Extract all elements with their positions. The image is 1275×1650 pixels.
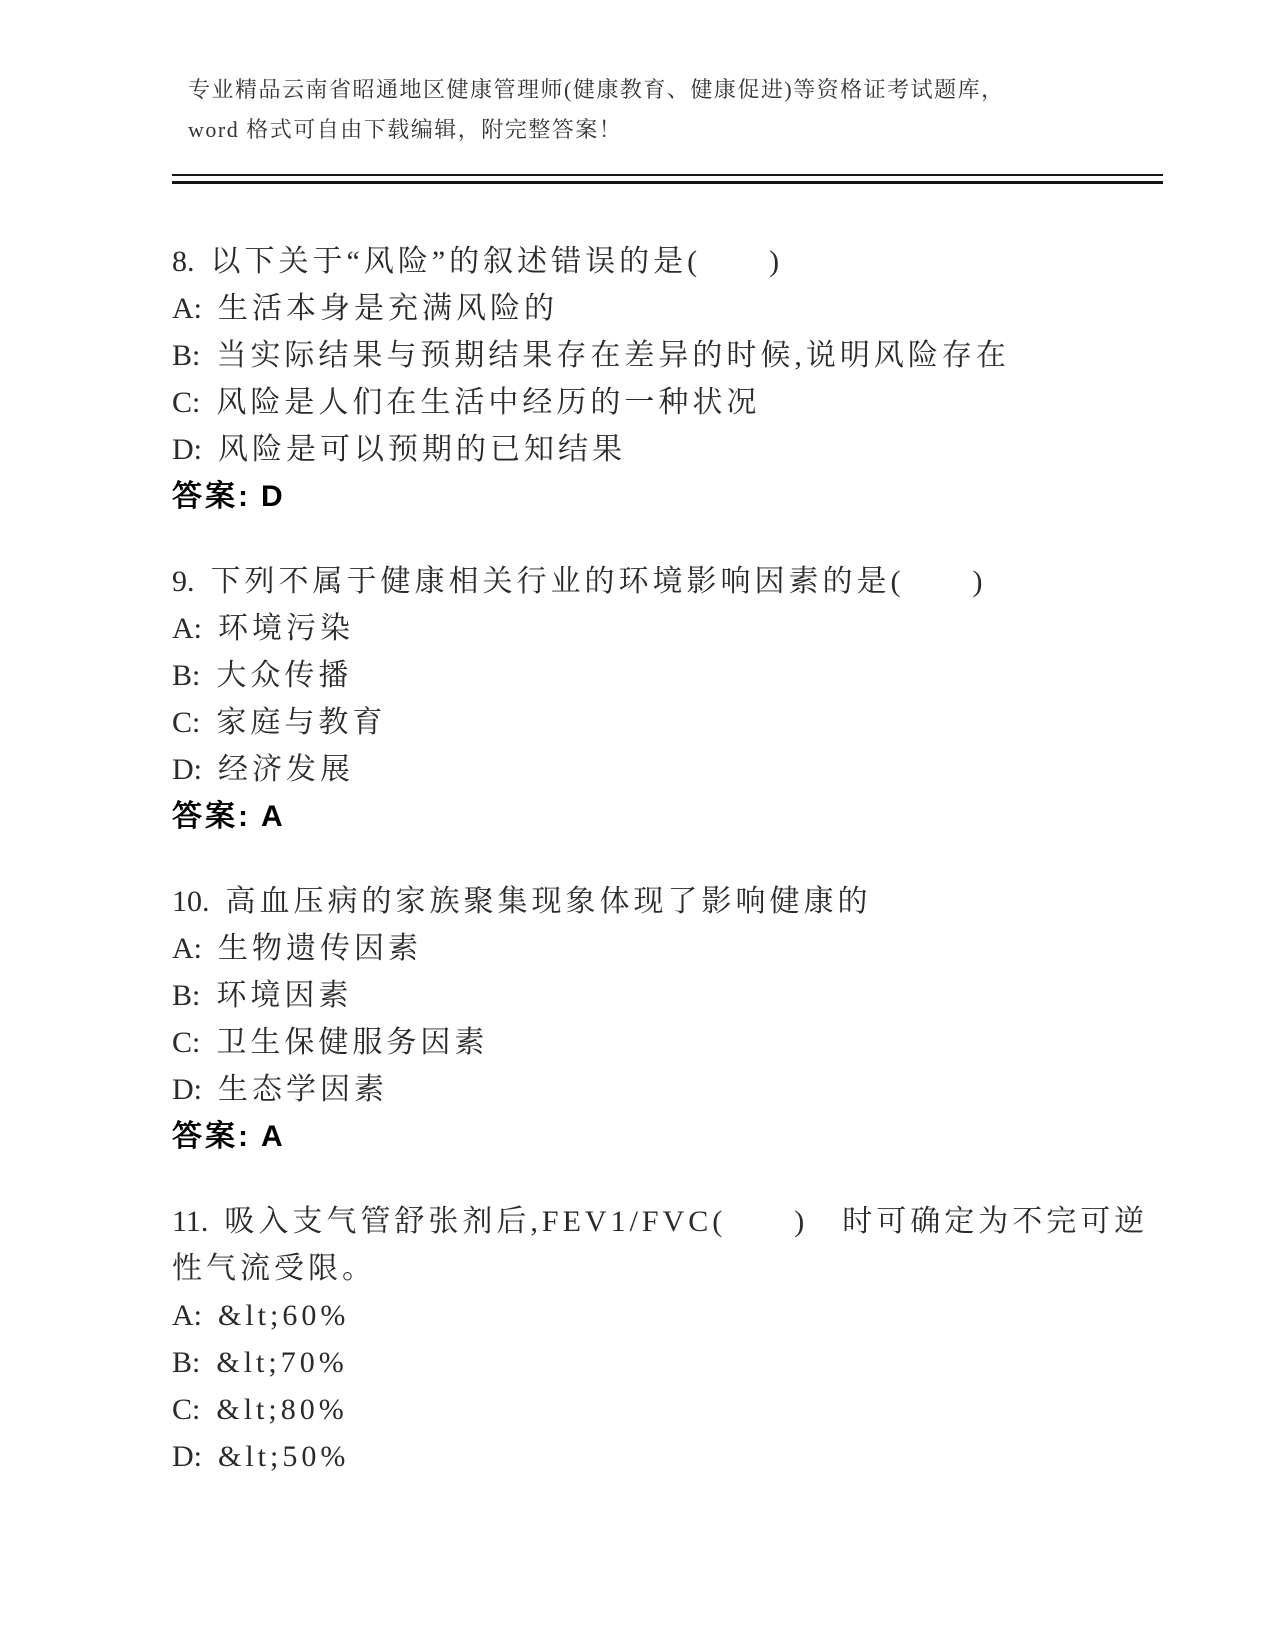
option-row: C:卫生保健服务因素 <box>172 1019 1163 1066</box>
option-letter: A: <box>172 925 202 972</box>
option-text: &lt;80% <box>216 1393 347 1426</box>
option-row: C:风险是人们在生活中经历的一种状况 <box>172 379 1163 426</box>
option-letter: B: <box>172 972 200 1019</box>
question-number: 8. <box>172 238 195 285</box>
answer-line: 答案:A <box>172 1113 1163 1160</box>
option-text: 生活本身是充满风险的 <box>218 292 558 325</box>
option-text: 当实际结果与预期结果存在差异的时候,说明风险存在 <box>216 339 1010 372</box>
header-divider <box>172 174 1163 184</box>
question-block-8: 8.以下关于“风险”的叙述错误的是( ) A:生活本身是充满风险的 B:当实际结… <box>172 238 1163 520</box>
question-title: 11.吸入支气管舒张剂后,FEV1/FVC( ) 时可确定为不完可逆性气流受限。 <box>172 1198 1163 1292</box>
option-row: C:家庭与教育 <box>172 699 1163 746</box>
question-text: 吸入支气管舒张剂后,FEV1/FVC( ) 时可确定为不完可逆性气流受限。 <box>172 1205 1148 1285</box>
question-number: 10. <box>172 878 210 925</box>
question-title: 10.高血压病的家族聚集现象体现了影响健康的 <box>172 878 1163 925</box>
option-text: 环境因素 <box>216 979 352 1012</box>
option-letter: D: <box>172 746 202 793</box>
option-text: &lt;70% <box>216 1346 347 1379</box>
option-text: 家庭与教育 <box>216 706 386 739</box>
option-text: 生态学因素 <box>218 1073 388 1106</box>
question-number: 9. <box>172 558 195 605</box>
option-text: 风险是可以预期的已知结果 <box>218 433 626 466</box>
question-text: 以下关于“风险”的叙述错误的是( ) <box>211 245 784 278</box>
option-letter: C: <box>172 699 200 746</box>
option-row: A:&lt;60% <box>172 1292 1163 1339</box>
question-block-10: 10.高血压病的家族聚集现象体现了影响健康的 A:生物遗传因素 B:环境因素 C… <box>172 878 1163 1160</box>
option-row: C:&lt;80% <box>172 1386 1163 1433</box>
document-page: 专业精品云南省昭通地区健康管理师(健康教育、健康促进)等资格证考试题库， wor… <box>0 0 1275 1650</box>
option-text: &lt;60% <box>218 1299 349 1332</box>
question-text: 高血压病的家族聚集现象体现了影响健康的 <box>226 885 872 918</box>
option-row: A:生物遗传因素 <box>172 925 1163 972</box>
answer-line: 答案:A <box>172 793 1163 840</box>
option-row: A:环境污染 <box>172 605 1163 652</box>
option-letter: A: <box>172 605 202 652</box>
divider-thick-line <box>172 181 1163 184</box>
option-text: 风险是人们在生活中经历的一种状况 <box>216 386 760 419</box>
option-letter: D: <box>172 426 202 473</box>
option-row: D:&lt;50% <box>172 1433 1163 1480</box>
option-letter: A: <box>172 1292 202 1339</box>
option-letter: D: <box>172 1433 202 1480</box>
question-text: 下列不属于健康相关行业的环境影响因素的是( ) <box>211 565 987 598</box>
question-block-11: 11.吸入支气管舒张剂后,FEV1/FVC( ) 时可确定为不完可逆性气流受限。… <box>172 1198 1163 1480</box>
option-text: &lt;50% <box>218 1440 349 1473</box>
option-text: 经济发展 <box>218 753 354 786</box>
answer-label: 答案: <box>172 800 251 833</box>
option-letter: D: <box>172 1066 202 1113</box>
answer-label: 答案: <box>172 480 251 513</box>
option-row: B:当实际结果与预期结果存在差异的时候,说明风险存在 <box>172 332 1163 379</box>
option-letter: B: <box>172 1339 200 1386</box>
header-line-1: 专业精品云南省昭通地区健康管理师(健康教育、健康促进)等资格证考试题库， <box>188 70 1163 110</box>
option-letter: C: <box>172 379 200 426</box>
option-text: 生物遗传因素 <box>218 932 422 965</box>
option-text: 大众传播 <box>216 659 352 692</box>
option-letter: B: <box>172 652 200 699</box>
divider-thin-line <box>172 174 1163 176</box>
option-letter: C: <box>172 1019 200 1066</box>
option-row: B:环境因素 <box>172 972 1163 1019</box>
option-row: D:风险是可以预期的已知结果 <box>172 426 1163 473</box>
option-text: 卫生保健服务因素 <box>216 1026 488 1059</box>
answer-value: A <box>261 800 286 833</box>
answer-line: 答案:D <box>172 473 1163 520</box>
question-block-9: 9.下列不属于健康相关行业的环境影响因素的是( ) A:环境污染 B:大众传播 … <box>172 558 1163 840</box>
option-row: B:大众传播 <box>172 652 1163 699</box>
document-header: 专业精品云南省昭通地区健康管理师(健康教育、健康促进)等资格证考试题库， wor… <box>188 0 1163 150</box>
option-text: 环境污染 <box>218 612 354 645</box>
answer-value: D <box>261 480 286 513</box>
question-title: 8.以下关于“风险”的叙述错误的是( ) <box>172 238 1163 285</box>
question-number: 11. <box>172 1198 208 1245</box>
option-letter: B: <box>172 332 200 379</box>
option-row: A:生活本身是充满风险的 <box>172 285 1163 332</box>
option-letter: A: <box>172 285 202 332</box>
answer-value: A <box>261 1120 286 1153</box>
option-row: B:&lt;70% <box>172 1339 1163 1386</box>
option-row: D:生态学因素 <box>172 1066 1163 1113</box>
answer-label: 答案: <box>172 1120 251 1153</box>
option-letter: C: <box>172 1386 200 1433</box>
option-row: D:经济发展 <box>172 746 1163 793</box>
header-line-2: word 格式可自由下载编辑，附完整答案！ <box>188 110 1163 150</box>
question-title: 9.下列不属于健康相关行业的环境影响因素的是( ) <box>172 558 1163 605</box>
questions-area: 8.以下关于“风险”的叙述错误的是( ) A:生活本身是充满风险的 B:当实际结… <box>0 238 1275 1480</box>
